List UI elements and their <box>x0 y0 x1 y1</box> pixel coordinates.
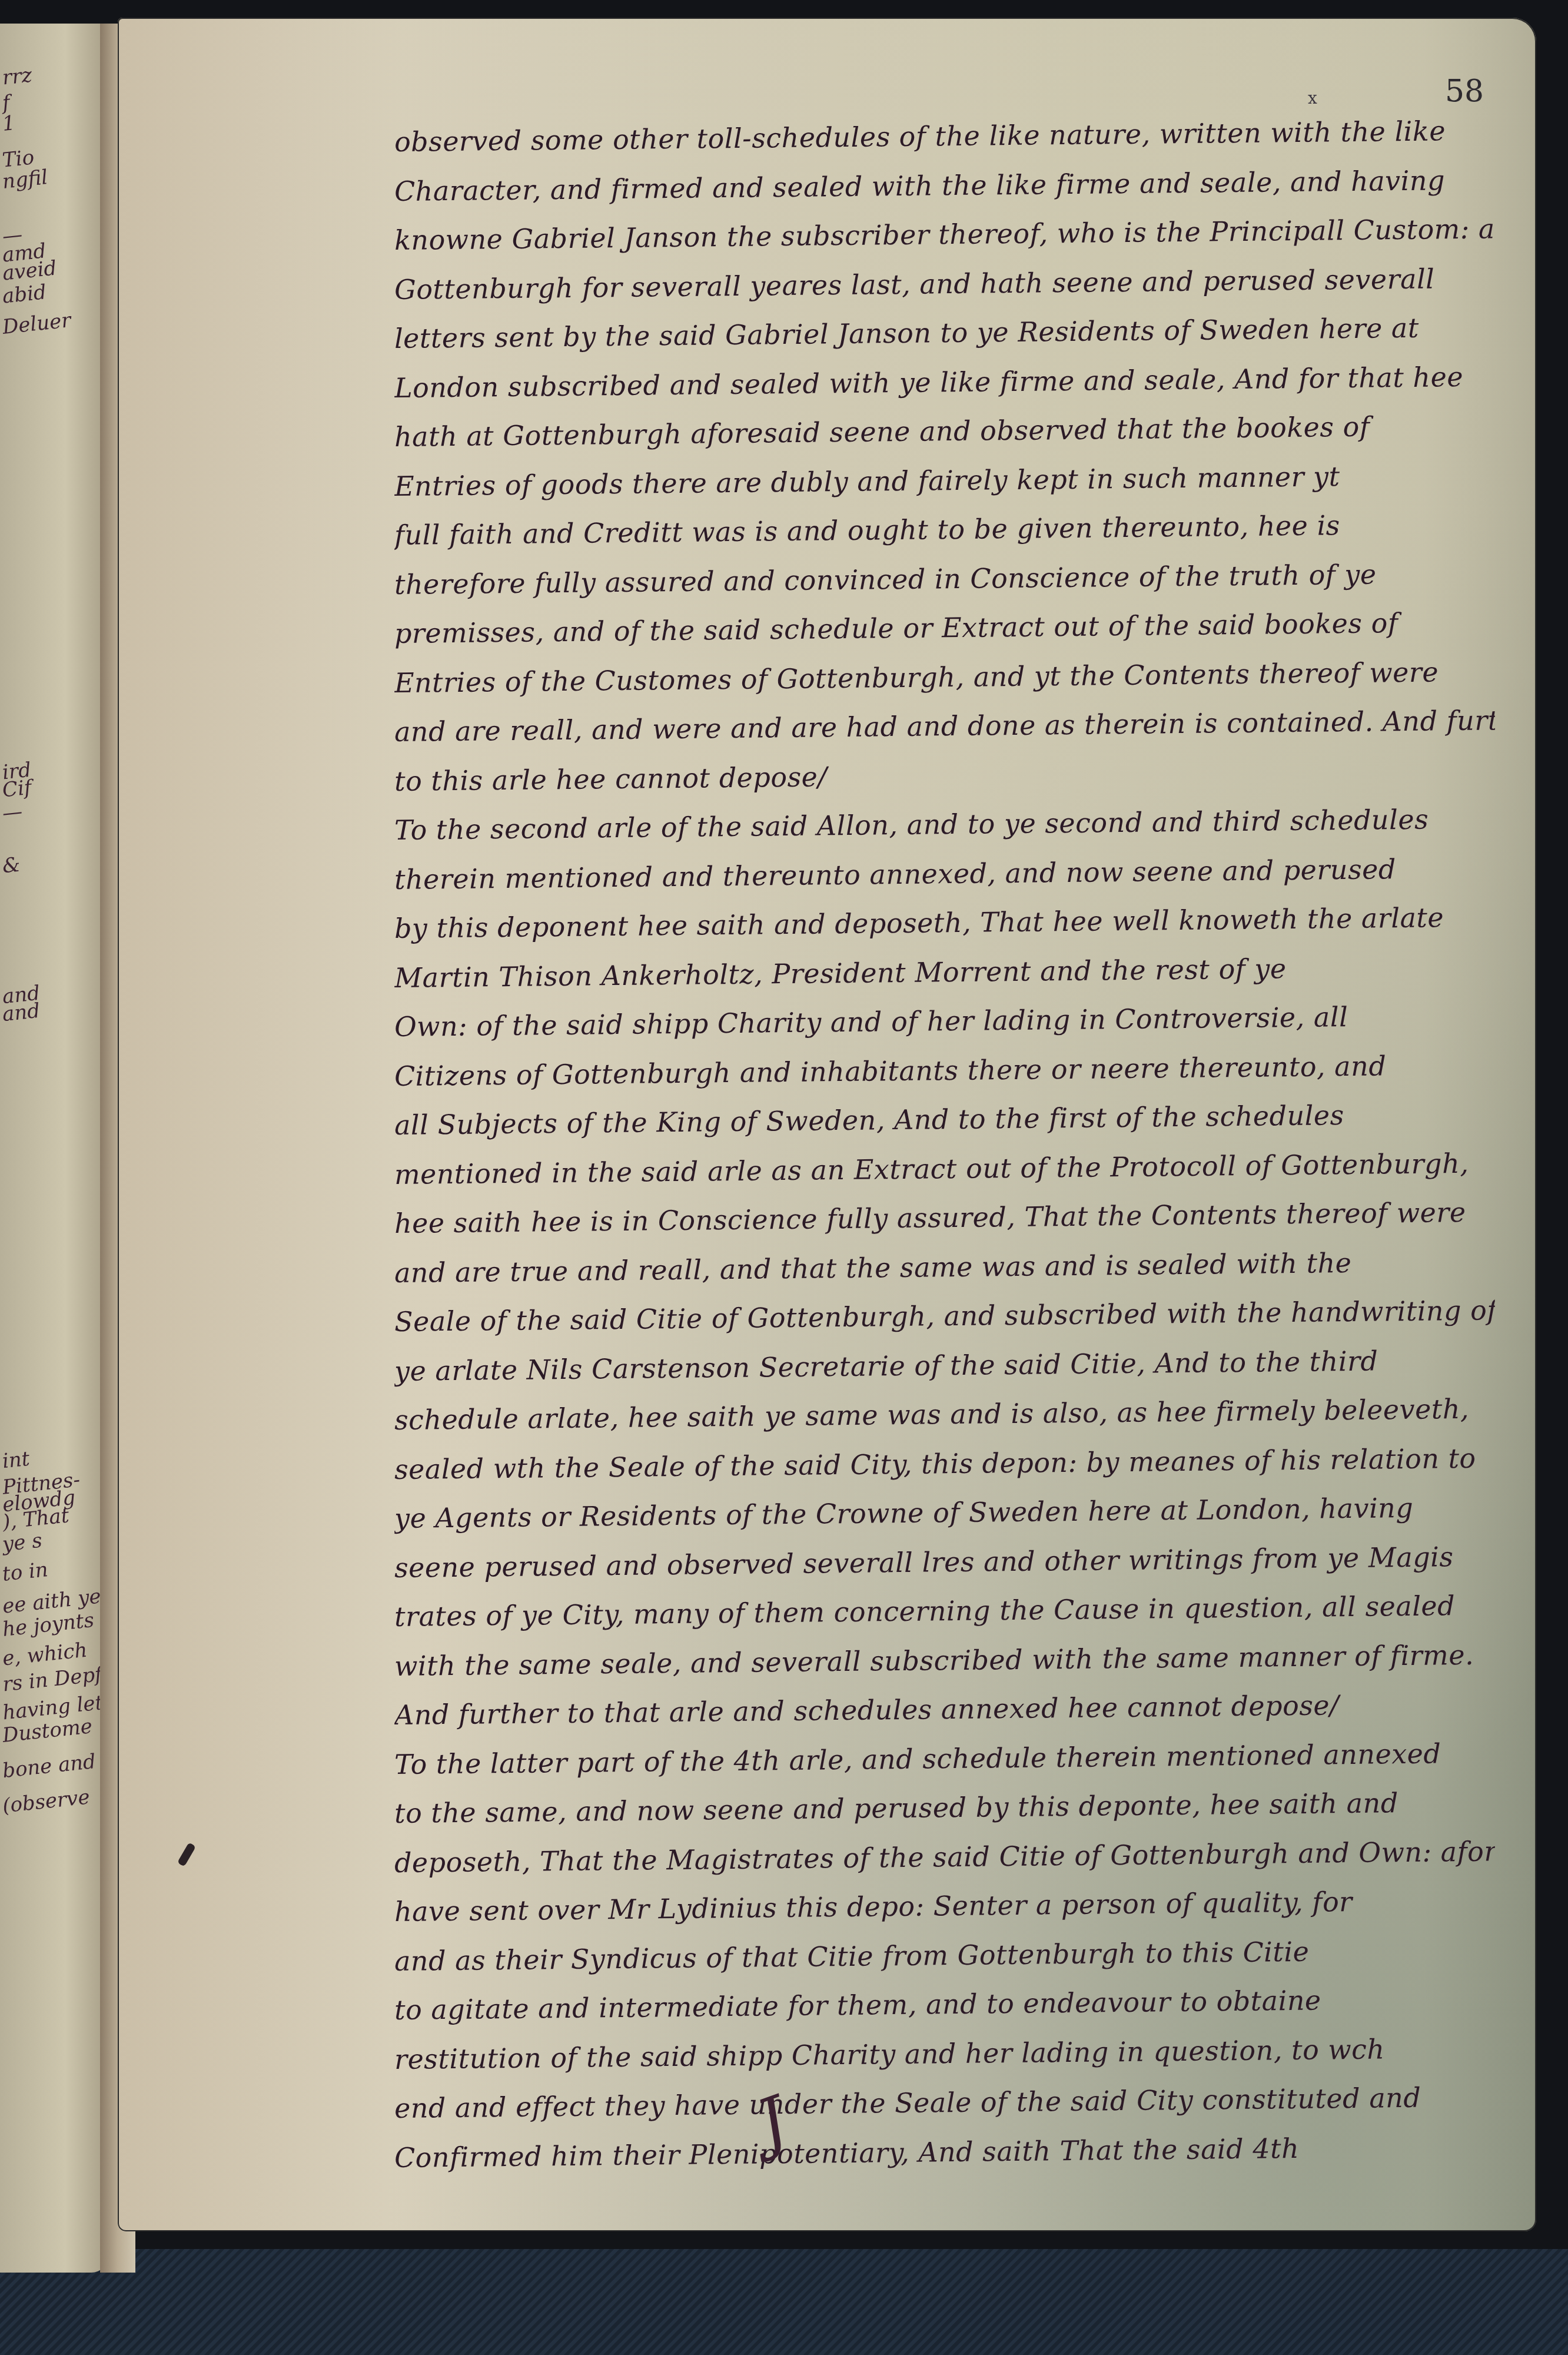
margin-fragment: abid <box>1 280 47 309</box>
margin-fragment: ngfil <box>1 165 49 194</box>
margin-fragment: rrz <box>1 63 33 89</box>
margin-fragment: bone and <box>1 1750 97 1783</box>
page-number: 58 <box>1445 74 1484 109</box>
margin-fragment: Deluer <box>1 309 72 339</box>
margin-fragment: ye s <box>1 1529 43 1557</box>
margin-fragment: int <box>1 1447 31 1474</box>
margin-fragment: 1 <box>1 111 16 136</box>
margin-fragment: — <box>1 800 24 825</box>
left-page-verso: rrz f 1 Tio ngfil — amd aveid abid Delue… <box>0 24 109 2273</box>
table-surface-background <box>0 2249 1568 2355</box>
margin-fragment: Cif <box>1 776 32 802</box>
page-mark: x <box>1308 88 1317 108</box>
margin-fragment: (observe <box>1 1785 91 1817</box>
manuscript-body: observed some other toll-schedules of th… <box>394 118 1495 2182</box>
margin-fragment: aveid <box>1 256 58 285</box>
margin-fragment: & <box>1 853 21 878</box>
margin-fragment: and <box>1 999 41 1026</box>
margin-fragment: to in <box>1 1558 49 1586</box>
